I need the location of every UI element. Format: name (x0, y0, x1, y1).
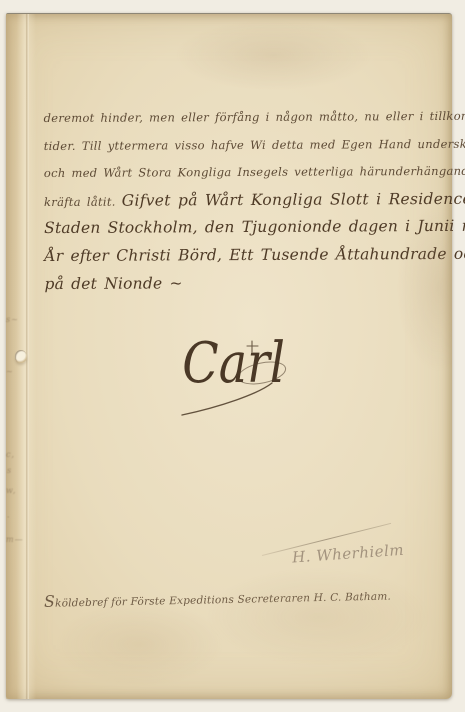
binding-hole (15, 350, 27, 363)
body-line: tider. Till yttermera visso hafve Wi det… (44, 131, 440, 161)
royal-signature: Carl (150, 291, 350, 431)
body-line: Staden Stockholm, den Tjugonionde dagen … (44, 213, 440, 243)
body-line-small-part: kräfta låtit. (44, 194, 116, 208)
signature-text: Carl (182, 331, 285, 396)
scan-background: s~ ~ c, s w, · m— deremot hinder, men el… (0, 0, 465, 712)
body-line: och med Wårt Stora Kongliga Insegels vet… (44, 158, 440, 188)
bleedthrough-mark: · (7, 513, 11, 522)
body-line-mixed: kräfta låtit.Gifvet på Wårt Kongliga Slo… (44, 186, 440, 216)
body-line: deremot hinder, men eller förfång i någo… (43, 103, 439, 133)
body-line: År efter Christi Börd, Ett Tusende Åttah… (44, 241, 440, 271)
document-page: s~ ~ c, s w, · m— deremot hinder, men el… (6, 13, 452, 699)
body-line-large-part: Gifvet på Wårt Kongliga Slott i Residenc… (116, 190, 465, 210)
bleedthrough-mark: s (7, 466, 12, 475)
bleedthrough-mark: ~ (6, 367, 14, 376)
docket-note: Sköldebref för Förste Expeditions Secret… (44, 586, 314, 611)
manuscript-body: deremot hinder, men eller förfång i någo… (43, 103, 440, 298)
bleedthrough-mark: w, (6, 486, 16, 495)
bleedthrough-mark: c, (6, 450, 15, 459)
bleedthrough-mark: s~ (6, 315, 19, 324)
bleedthrough-mark: m— (6, 535, 24, 544)
